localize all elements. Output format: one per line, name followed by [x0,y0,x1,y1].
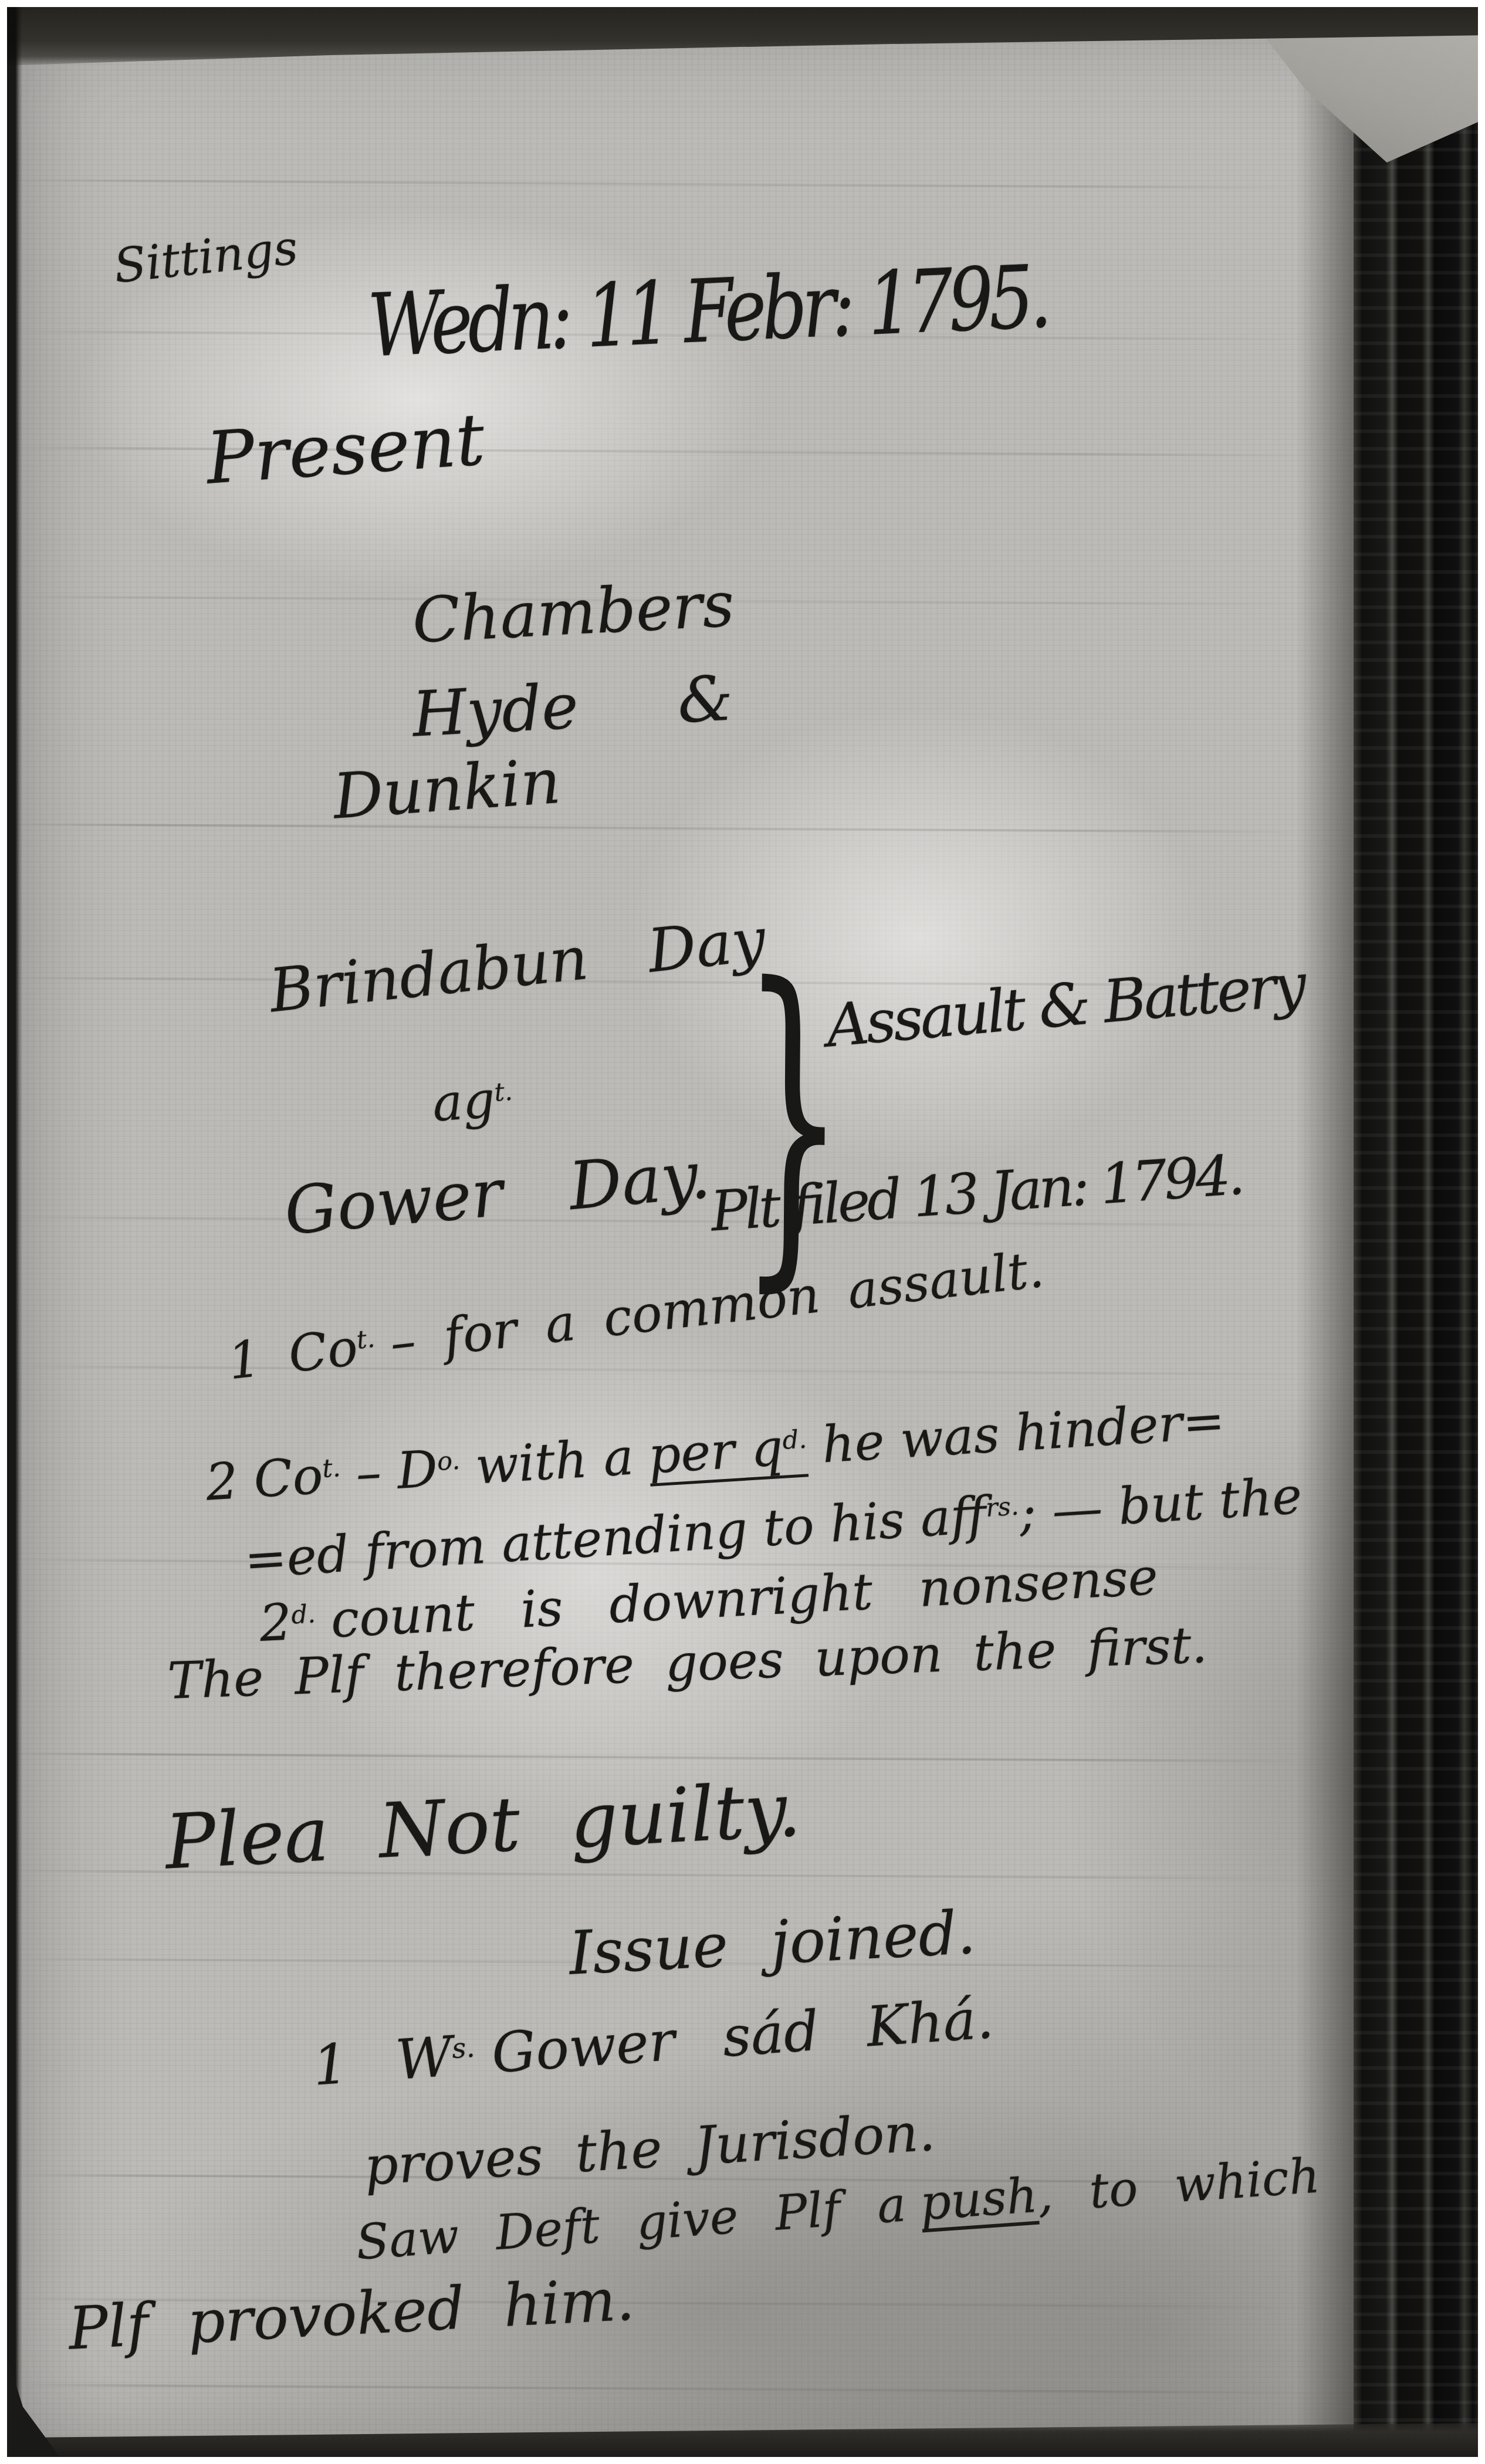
count-1-superscript: t. [355,1324,376,1355]
manuscript-photo: Sittings Wedn: 11 Febr: 1795. Present Ch… [7,7,1478,2457]
count-2-line-3-superscript: d. [290,1599,316,1630]
judge-name-text: Hyde [411,670,580,751]
witness-1-number: 1 W [311,2025,455,2098]
scan-streak [7,1365,1357,1376]
judge-name-chambers: Chambers [411,570,736,656]
versus-base: ag [431,1071,497,1133]
testimony-underlined-word: push [919,2172,1040,2233]
count-2-underlined-phrase: per qd. [647,1421,809,1486]
count-2-text-end: he was hinder= [820,1392,1226,1475]
count-2-line-3-number: 2 [258,1593,293,1653]
versus-abbreviation: agt. [431,1070,515,1132]
count-2-text: with a [473,1427,635,1495]
count-2-line-2-superscript: rs. [985,1492,1020,1523]
versus-superscript: t. [493,1077,513,1108]
book-binding-edge [1354,7,1478,2457]
binding-shadow [1296,7,1361,2457]
count-1-text: – for a common assault. [387,1240,1047,1373]
count-1-number: 1 Co [225,1318,361,1391]
judge-name-dunkin: Dunkin [331,747,563,832]
ampersand: & [676,662,735,737]
plaintiff-name: Brindabun Day [266,906,769,1025]
page-left-edge [7,7,22,2457]
count-2-number: 2 Co [204,1447,324,1512]
count-2-underlined-superscript: d. [782,1425,807,1456]
date-heading: Wedn: 11 Febr: 1795. [366,249,1048,375]
count-2-ditto-superscript: o. [437,1446,461,1477]
scan-streak [7,1216,1357,1227]
witness-1-superscript: s. [451,2032,476,2066]
scan-streak [7,823,1357,834]
count-2-superscript: t. [322,1453,341,1484]
scan-streak [7,179,1357,189]
charge-label: Assault & Battery [824,952,1306,1060]
book-top-edge [7,7,1478,69]
marginal-label: Sittings [111,221,300,293]
count-2-line-2-end: ; — but the [1017,1467,1304,1542]
defendant-name: Gower Day. [282,1139,713,1249]
present-heading: Present [204,400,487,499]
scan-streak [7,1752,1357,1763]
count-2-underlined-base: per q [647,1419,784,1485]
judge-name-hyde: Hyde& [411,664,735,750]
count-1-line: 1 Cot.– for a common assault. [225,1241,1047,1390]
count-2-ditto: – D [354,1440,439,1503]
